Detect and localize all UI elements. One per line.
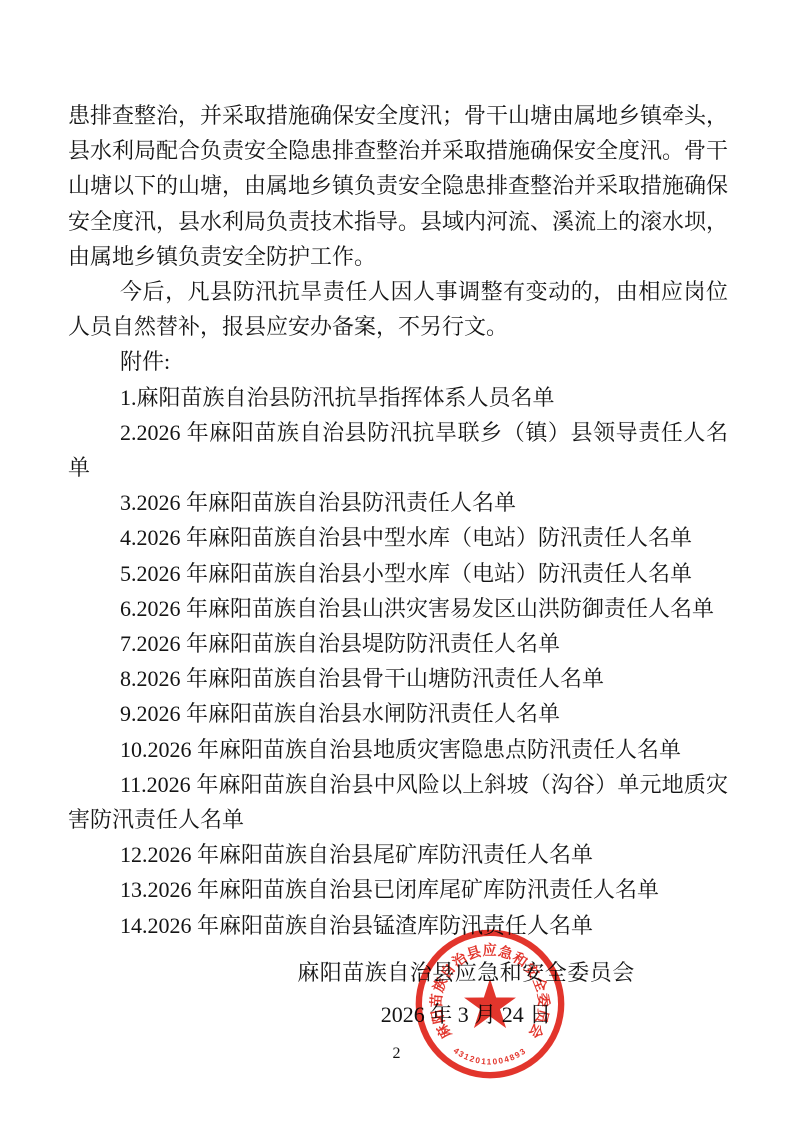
paragraph-continuation: 患排查整治，并采取措施确保安全度汛；骨干山塘由属地乡镇牵头，县水利局配合负责安全… xyxy=(68,98,728,274)
signature-date: 2026 年 3 月 24 日 xyxy=(136,994,793,1036)
signature-block: 麻阳苗族自治县应急和安全委员会 2026 年 3 月 24 日 xyxy=(136,952,793,1036)
attachment-item-2: 2.2026 年麻阳苗族自治县防汛抗旱联乡（镇）县领导责任人名单 xyxy=(68,415,728,485)
document-page: 患排查整治，并采取措施确保安全度汛；骨干山塘由属地乡镇牵头，县水利局配合负责安全… xyxy=(0,0,793,1122)
attachment-item-13: 13.2026 年麻阳苗族自治县已闭库尾矿库防汛责任人名单 xyxy=(68,872,728,907)
attachment-item-10: 10.2026 年麻阳苗族自治县地质灾害隐患点防汛责任人名单 xyxy=(68,732,728,767)
attachment-item-5: 5.2026 年麻阳苗族自治县小型水库（电站）防汛责任人名单 xyxy=(68,556,728,591)
attachment-item-11: 11.2026 年麻阳苗族自治县中风险以上斜坡（沟谷）单元地质灾害防汛责任人名单 xyxy=(68,767,728,837)
attachment-item-3: 3.2026 年麻阳苗族自治县防汛责任人名单 xyxy=(68,485,728,520)
document-body: 患排查整治，并采取措施确保安全度汛；骨干山塘由属地乡镇牵头，县水利局配合负责安全… xyxy=(68,98,728,943)
attachment-item-12: 12.2026 年麻阳苗族自治县尾矿库防汛责任人名单 xyxy=(68,837,728,872)
attachment-item-1: 1.麻阳苗族自治县防汛抗旱指挥体系人员名单 xyxy=(68,380,728,415)
paragraph-note: 今后，凡县防汛抗旱责任人因人事调整有变动的，由相应岗位人员自然替补，报县应安办备… xyxy=(68,274,728,344)
attachment-item-7: 7.2026 年麻阳苗族自治县堤防防汛责任人名单 xyxy=(68,626,728,661)
page-number: 2 xyxy=(0,1044,793,1064)
attachment-item-8: 8.2026 年麻阳苗族自治县骨干山塘防汛责任人名单 xyxy=(68,661,728,696)
attachments-label: 附件: xyxy=(68,344,728,379)
attachment-item-14: 14.2026 年麻阳苗族自治县锰渣库防汛责任人名单 xyxy=(68,908,728,943)
attachment-item-9: 9.2026 年麻阳苗族自治县水闸防汛责任人名单 xyxy=(68,696,728,731)
attachment-item-6: 6.2026 年麻阳苗族自治县山洪灾害易发区山洪防御责任人名单 xyxy=(68,591,728,626)
signature-org: 麻阳苗族自治县应急和安全委员会 xyxy=(136,952,793,994)
attachment-item-4: 4.2026 年麻阳苗族自治县中型水库（电站）防汛责任人名单 xyxy=(68,520,728,555)
